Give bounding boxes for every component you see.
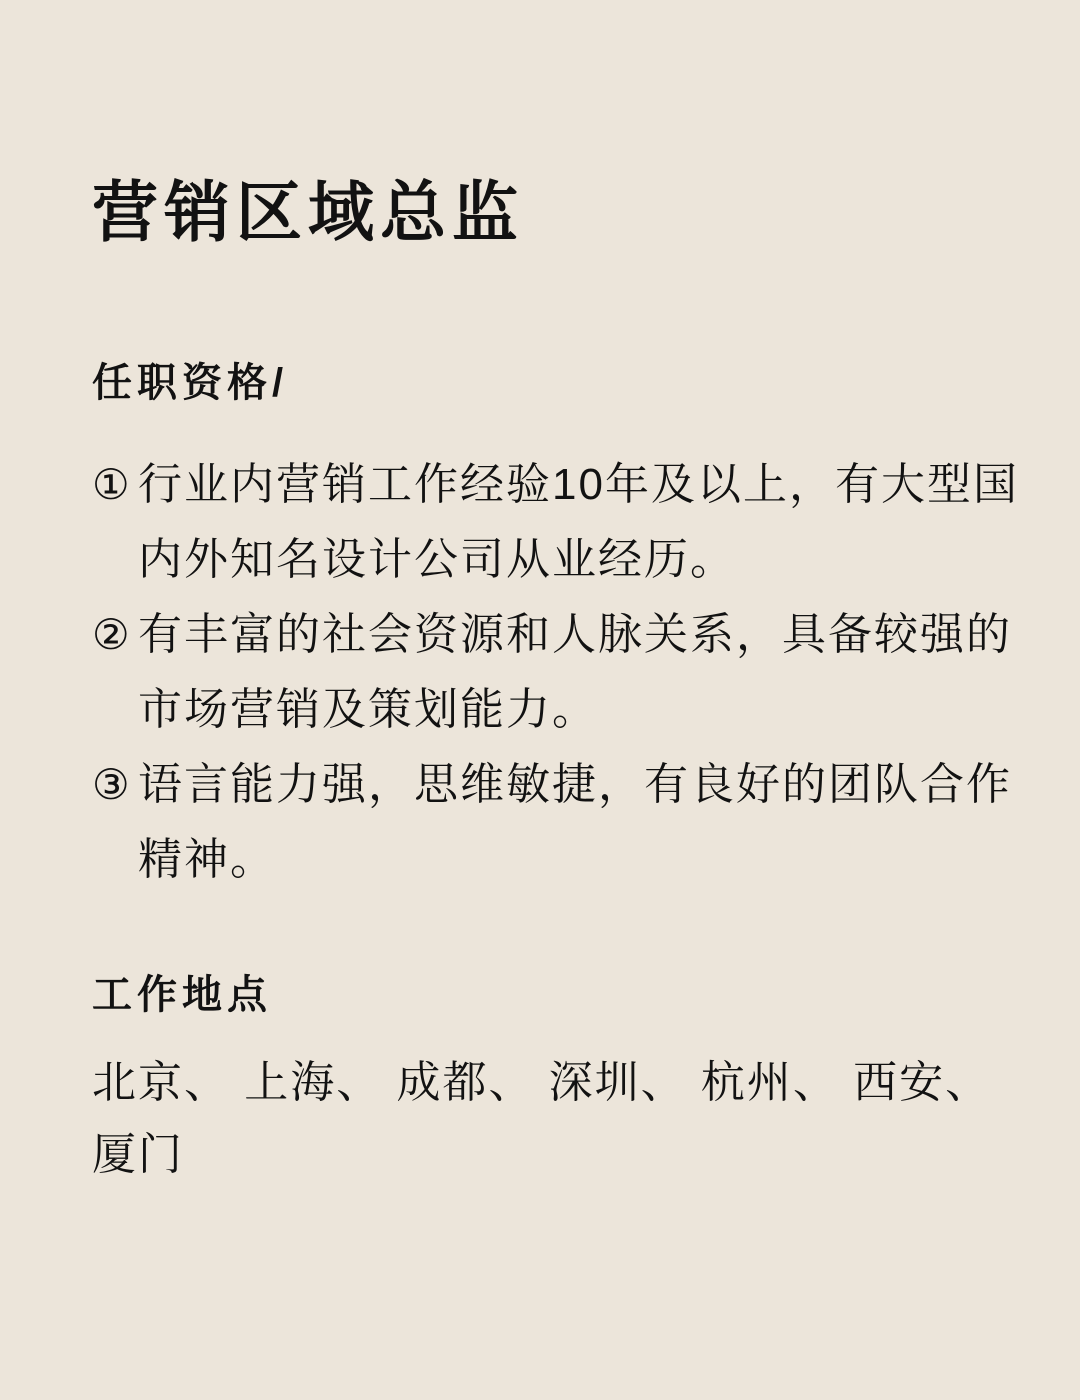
- qualification-item-2: ② 有丰富的社会资源和人脉关系，具备较强的 市场营销及策划能力。: [92, 597, 1025, 747]
- item-3-text: 语言能力强，思维敏捷，有良好的团队合作 精神。: [138, 747, 1025, 897]
- item-2-line-1: 有丰富的社会资源和人脉关系，具备较强的: [138, 597, 1025, 672]
- item-2-line-2: 市场营销及策划能力。: [138, 672, 1025, 747]
- item-1-line-2: 内外知名设计公司从业经历。: [138, 522, 1025, 597]
- item-3-line-1: 语言能力强，思维敏捷，有良好的团队合作: [138, 747, 1025, 822]
- item-1-line-1: 行业内营销工作经验10年及以上，有大型国: [138, 447, 1025, 522]
- qualifications-list: ① 行业内营销工作经验10年及以上，有大型国 内外知名设计公司从业经历。 ② 有…: [92, 447, 1025, 897]
- item-3-line-2: 精神。: [138, 822, 1025, 897]
- location-list: 北京、 上海、 成都、 深圳、 杭州、 西安、 厦门: [92, 1047, 1025, 1191]
- location-heading: 工作地点: [92, 973, 1025, 1017]
- qualification-item-1: ① 行业内营销工作经验10年及以上，有大型国 内外知名设计公司从业经历。: [92, 447, 1025, 597]
- job-posting-page: 营销区域总监 任职资格/ ① 行业内营销工作经验10年及以上，有大型国 内外知名…: [0, 0, 1080, 1400]
- item-2-text: 有丰富的社会资源和人脉关系，具备较强的 市场营销及策划能力。: [138, 597, 1025, 747]
- item-1-text: 行业内营销工作经验10年及以上，有大型国 内外知名设计公司从业经历。: [138, 447, 1025, 597]
- location-line-2: 厦门: [92, 1119, 1025, 1191]
- item-3-marker: ③: [92, 747, 138, 822]
- item-2-marker: ②: [92, 597, 138, 672]
- item-1-marker: ①: [92, 447, 138, 522]
- page-title: 营销区域总监: [92, 176, 1025, 249]
- qualification-item-3: ③ 语言能力强，思维敏捷，有良好的团队合作 精神。: [92, 747, 1025, 897]
- location-line-1: 北京、 上海、 成都、 深圳、 杭州、 西安、: [92, 1047, 1025, 1119]
- qualifications-heading: 任职资格/: [92, 361, 1025, 405]
